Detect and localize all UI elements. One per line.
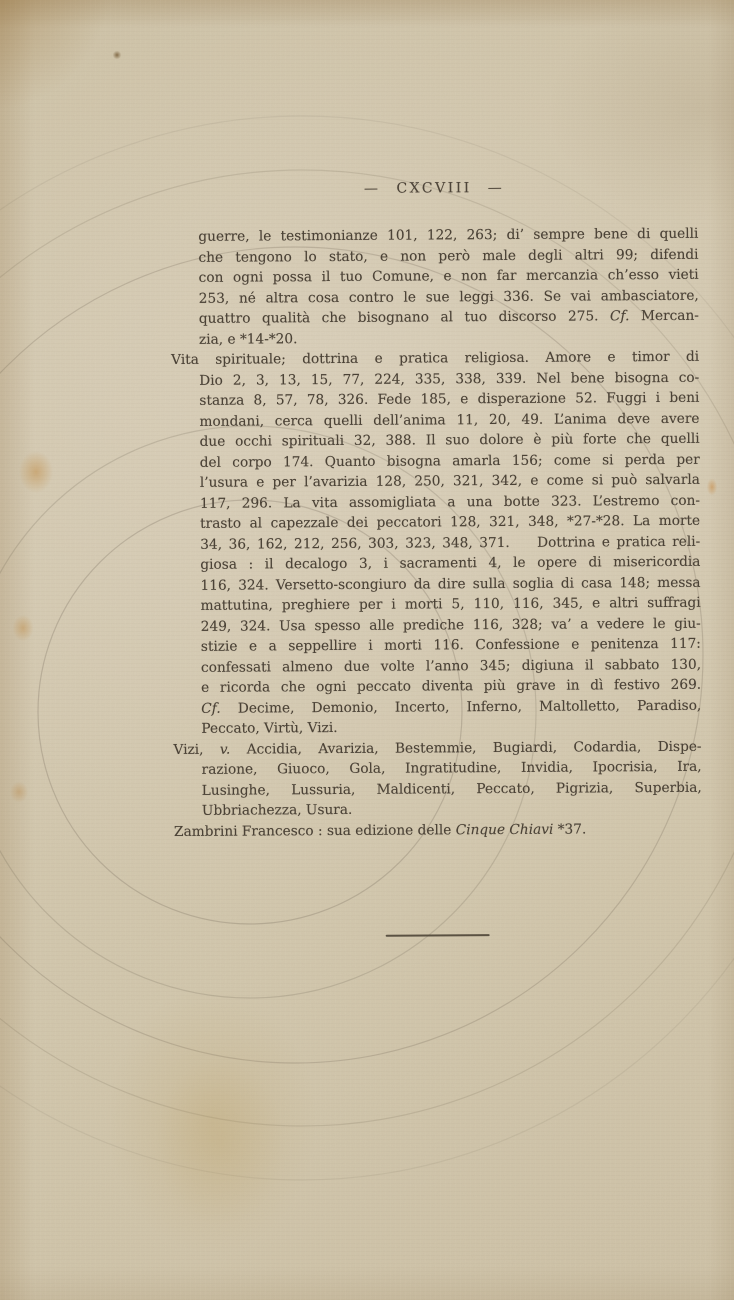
line-text: confessati almeno due volte l’anno 345; … — [201, 656, 701, 675]
line-text: Mercan- — [629, 308, 699, 324]
index-entry: Vizi, v. Accidia, Avarizia, Bestemmie, B… — [173, 736, 701, 821]
line-text: due occhi spirituali 32, 388. Il suo dol… — [200, 431, 700, 450]
index-line: l’usura e per l’avarizia 128, 250, 321, … — [200, 470, 700, 494]
index-entry: Zambrini Francesco : sua edizione delle … — [174, 818, 702, 842]
line-text: Zambrini Francesco : sua edizione delle — [174, 822, 456, 840]
index-line: mattutina, preghiere per i morti 5, 110,… — [201, 593, 701, 617]
line-text: che tengono lo stato, e non però male de… — [198, 246, 698, 265]
index-line: con ogni possa il tuo Comune, e non far … — [199, 265, 699, 289]
index-line: quattro qualità che bisognano al tuo dis… — [199, 306, 699, 330]
index-entry: Vita spirituale; dottrina e pratica reli… — [171, 347, 701, 740]
line-text: giosa : il decalogo 3, i sacramenti 4, l… — [200, 554, 700, 573]
line-text: del corpo 174. Quanto bisogna amarla 156… — [200, 451, 700, 470]
line-text: Peccato, Virtù, Vizi. — [201, 720, 337, 737]
line-text: mondani, cerca quelli dell’anima 11, 20,… — [199, 410, 699, 429]
printed-text-layer: — CXCVIII — guerre, le testimonianze 101… — [0, 0, 734, 1300]
line-italic-text: Cf. — [610, 308, 630, 324]
line-text: l’usura e per l’avarizia 128, 250, 321, … — [200, 472, 700, 491]
line-text: *37. — [553, 821, 586, 837]
line-text: mattutina, preghiere per i morti 5, 110,… — [201, 595, 701, 614]
line-text: 117, 296. La vita assomigliata a una bot… — [200, 492, 700, 511]
index-line: guerre, le testimonianze 101, 122, 263; … — [198, 224, 698, 248]
line-text: Lusinghe, Lussuria, Maldicenti, Peccato,… — [202, 779, 702, 798]
line-italic-text: v. — [220, 741, 231, 757]
index-text-block: guerre, le testimonianze 101, 122, 263; … — [170, 224, 702, 842]
line-text: trasto al capezzale dei peccatori 128, 3… — [200, 513, 700, 532]
line-text: 253, né altra cosa contro le sue leggi 3… — [199, 287, 699, 306]
end-of-index-separator-rule — [386, 934, 490, 937]
index-line: Lusinghe, Lussuria, Maldicenti, Peccato,… — [202, 777, 702, 801]
line-italic-text: Cinque Chiavi — [456, 821, 554, 838]
index-line: due occhi spirituali 32, 388. Il suo dol… — [200, 429, 700, 453]
index-line: Vita spirituale; dottrina e pratica reli… — [171, 347, 699, 371]
index-line: stanza 8, 57, 78, 326. Fede 185, e dispe… — [199, 388, 699, 412]
index-line: giosa : il decalogo 3, i sacramenti 4, l… — [200, 552, 700, 576]
index-line: stizie e a seppellire i morti 116. Confe… — [201, 634, 701, 658]
line-text: stizie e a seppellire i morti 116. Confe… — [201, 636, 701, 655]
line-text: e ricorda che ogni peccato diventa più g… — [201, 677, 701, 696]
line-text: Vizi, — [173, 741, 219, 757]
line-text: Ubbriachezza, Usura. — [202, 802, 353, 819]
index-line: razione, Giuoco, Gola, Ingratitudine, In… — [202, 757, 702, 781]
line-text: 34, 36, 162, 212, 256, 303, 323, 348, 37… — [200, 533, 700, 552]
index-line: Zambrini Francesco : sua edizione delle … — [174, 818, 702, 842]
index-line: e ricorda che ogni peccato diventa più g… — [201, 675, 701, 699]
line-text: guerre, le testimonianze 101, 122, 263; … — [198, 226, 698, 245]
line-italic-text: Cf. — [201, 700, 221, 716]
index-entry: guerre, le testimonianze 101, 122, 263; … — [170, 224, 699, 350]
line-text: Dio 2, 3, 13, 15, 77, 224, 335, 338, 339… — [199, 369, 699, 388]
line-text: quattro qualità che bisognano al tuo dis… — [199, 308, 610, 327]
line-text: zia, e *14-*20. — [199, 331, 298, 348]
line-text: 249, 324. Usa spesso alle prediche 116, … — [201, 615, 701, 634]
line-text: 116, 324. Versetto-scongiuro da dire sul… — [200, 574, 700, 593]
line-text: con ogni possa il tuo Comune, e non far … — [199, 267, 699, 286]
line-text: stanza 8, 57, 78, 326. Fede 185, e dispe… — [199, 390, 699, 409]
index-line: Cf. Decime, Demonio, Incerto, Inferno, M… — [201, 695, 701, 719]
line-text: Vita spirituale; dottrina e pratica reli… — [171, 349, 699, 368]
scanned-book-page: — CXCVIII — guerre, le testimonianze 101… — [0, 0, 734, 1300]
line-text: razione, Giuoco, Gola, Ingratitudine, In… — [202, 759, 702, 778]
line-text: Decime, Demonio, Incerto, Inferno, Malto… — [221, 697, 702, 716]
line-text: Accidia, Avarizia, Bestemmie, Bugiardi, … — [230, 738, 701, 757]
index-line: trasto al capezzale dei peccatori 128, 3… — [200, 511, 700, 535]
page-number-header: — CXCVIII — — [170, 179, 698, 198]
